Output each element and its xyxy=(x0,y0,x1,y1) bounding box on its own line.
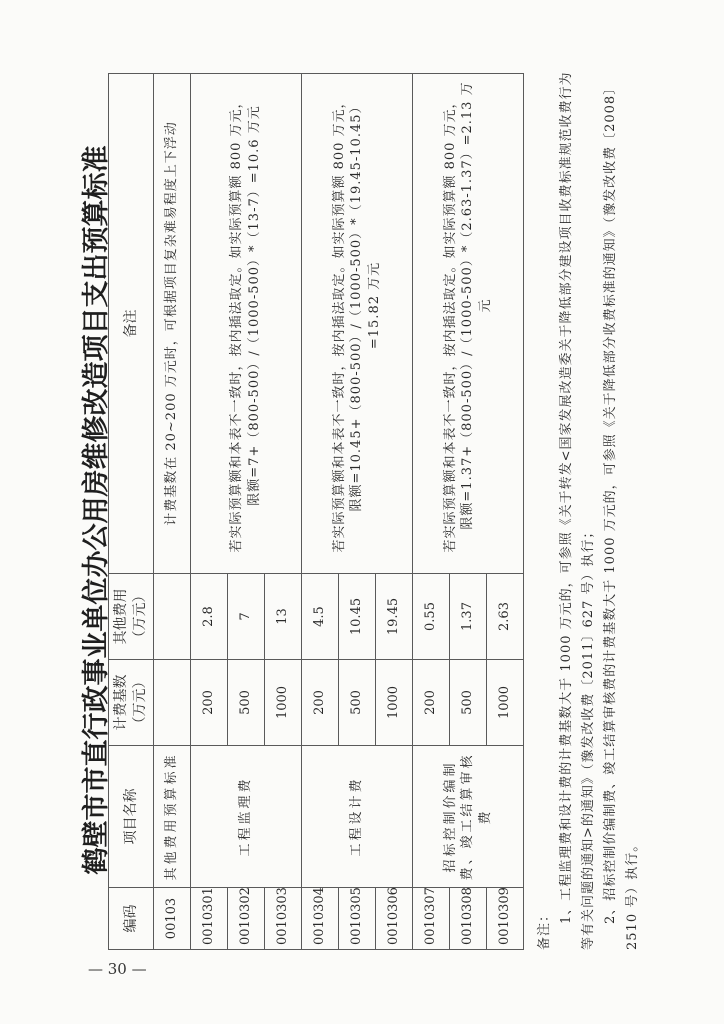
cell-code: 0010306 xyxy=(376,888,413,950)
cell-other: 1.37 xyxy=(450,574,487,660)
page-number: — 30 — xyxy=(88,960,147,978)
cell-base: 1000 xyxy=(376,660,413,746)
header-name: 项目名称 xyxy=(109,746,154,888)
cell-base: 1000 xyxy=(487,660,524,746)
remark-line: 若实际预算额和本表不一致时，按内插法取定。如实际预算额 800 万元， xyxy=(332,94,347,552)
header-remark: 备注 xyxy=(109,74,154,574)
cell-other: 2.63 xyxy=(487,574,524,660)
cell-remark-group: 若实际预算额和本表不一致时，按内插法取定。如实际预算额 800 万元， 限额=1… xyxy=(413,74,524,574)
cell-base: 200 xyxy=(191,660,228,746)
remark-line: 若实际预算额和本表不一致时，按内插法取定。如实际预算额 800 万元， xyxy=(443,94,458,552)
cell-base: 200 xyxy=(413,660,450,746)
remark-line: 限额=7+（800-500）/（1000-500）*（13-7）=10.6 万元 xyxy=(246,78,264,569)
cell-code: 0010305 xyxy=(339,888,376,950)
cell-base: 500 xyxy=(450,660,487,746)
remark-line: 限额=1.37+（800-500）/（1000-500）*（2.63-1.37）… xyxy=(459,78,494,569)
table-row: 00103 其他费用预算标准 计费基数在 20~200 万元时，可根据项目复杂难… xyxy=(154,74,191,950)
remark-line: 限额=10.45+（800-500）/（1000-500）*（19.45-10.… xyxy=(348,78,383,569)
cell-other: 19.45 xyxy=(376,574,413,660)
cell-name-group: 工程监理费 xyxy=(191,746,302,888)
cell-code: 0010302 xyxy=(228,888,265,950)
cell-name-group: 工程设计费 xyxy=(302,746,413,888)
cell-other: 4.5 xyxy=(302,574,339,660)
cell-base: 1000 xyxy=(265,660,302,746)
budget-standard-table: 编码 项目名称 计费基数（万元） 其他费用（万元） 备注 00103 其他费用预… xyxy=(108,73,524,950)
cell-name: 其他费用预算标准 xyxy=(154,746,191,888)
cell-other: 10.45 xyxy=(339,574,376,660)
cell-name-group: 招标控制价编制费、竣工结算审核费 xyxy=(413,746,524,888)
cell-remark: 计费基数在 20~200 万元时，可根据项目复杂难易程度上下浮动 xyxy=(154,74,191,574)
cell-code: 0010303 xyxy=(265,888,302,950)
notes-heading: 备注： xyxy=(534,70,556,950)
header-other: 其他费用（万元） xyxy=(109,574,154,660)
cell-code: 0010308 xyxy=(450,888,487,950)
table-row: 0010304 工程设计费 200 4.5 若实际预算额和本表不一致时，按内插法… xyxy=(302,74,339,950)
remark-line: 若实际预算额和本表不一致时，按内插法取定。如实际预算额 800 万元， xyxy=(229,94,244,552)
cell-other: 7 xyxy=(228,574,265,660)
rotated-document-page: 鹤壁市市直行政事业单位办公用房维修改造项目支出预算标准 编码 项目名称 计费基数… xyxy=(0,0,724,1024)
cell-other: 2.8 xyxy=(191,574,228,660)
header-base: 计费基数（万元） xyxy=(109,660,154,746)
footnotes: 备注： 1、工程监理费和设计费的计费基数大于 1000 万元的，可参照《关于转发… xyxy=(534,70,644,950)
cell-code: 00103 xyxy=(154,888,191,950)
note-item: 1、工程监理费和设计费的计费基数大于 1000 万元的，可参照《关于转发<国家发… xyxy=(556,70,600,950)
cell-remark-group: 若实际预算额和本表不一致时，按内插法取定。如实际预算额 800 万元， 限额=7… xyxy=(191,74,302,574)
cell-code: 0010307 xyxy=(413,888,450,950)
cell-base: 500 xyxy=(228,660,265,746)
note-item: 2、招标控制价编制费、竣工结算审核费的计费基数大于 1000 万元的，可参照《关… xyxy=(600,70,644,950)
cell-base xyxy=(154,660,191,746)
cell-code: 0010309 xyxy=(487,888,524,950)
cell-base: 500 xyxy=(339,660,376,746)
cell-base: 200 xyxy=(302,660,339,746)
cell-other: 0.55 xyxy=(413,574,450,660)
cell-other: 13 xyxy=(265,574,302,660)
cell-other xyxy=(154,574,191,660)
table-row: 0010301 工程监理费 200 2.8 若实际预算额和本表不一致时，按内插法… xyxy=(191,74,228,950)
cell-code: 0010304 xyxy=(302,888,339,950)
cell-code: 0010301 xyxy=(191,888,228,950)
table-row: 0010307 招标控制价编制费、竣工结算审核费 200 0.55 若实际预算额… xyxy=(413,74,450,950)
header-code: 编码 xyxy=(109,888,154,950)
cell-remark-group: 若实际预算额和本表不一致时，按内插法取定。如实际预算额 800 万元， 限额=1… xyxy=(302,74,413,574)
table-header-row: 编码 项目名称 计费基数（万元） 其他费用（万元） 备注 xyxy=(109,74,154,950)
